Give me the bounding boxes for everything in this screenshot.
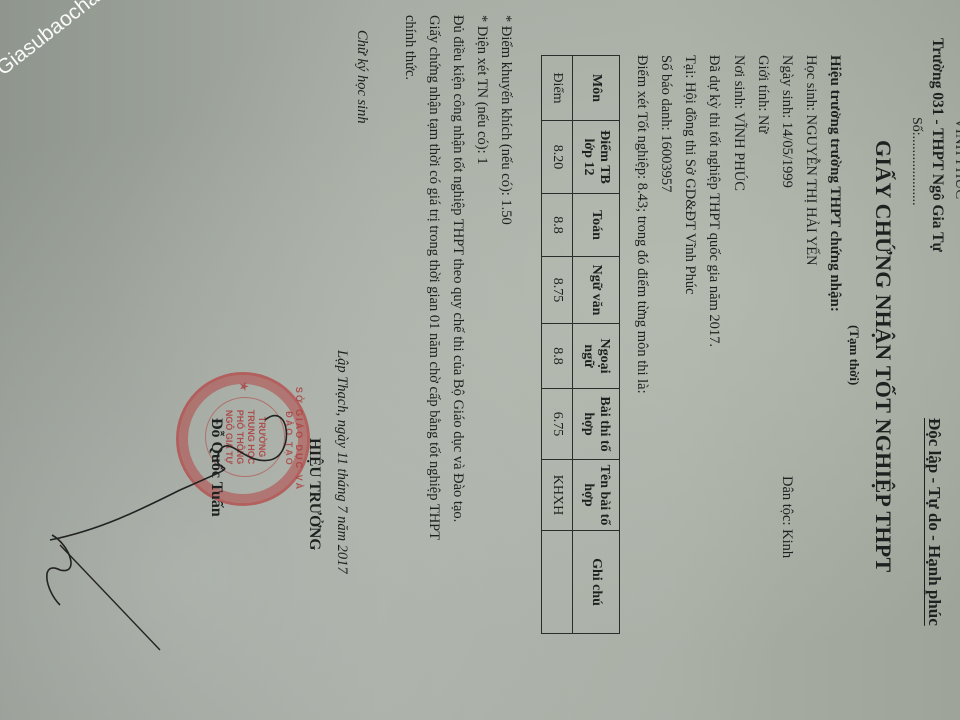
eligibility-statement: Đủ điều kiện công nhận tốt nghiệp THPT t… — [449, 15, 466, 522]
cell-label: Điểm — [542, 56, 573, 121]
exam-statement: Đã dự kỳ thi tốt nghiệp THPT quốc gia nă… — [705, 55, 722, 347]
header-literature: Ngữ văn — [573, 257, 620, 324]
student-signature-label: Chữ ký học sinh — [353, 30, 370, 124]
principal-name: Đỗ Quốc Tuấn — [207, 418, 225, 517]
national-motto: Độc lập - Tự do - Hạnh phúc — [924, 418, 944, 626]
student-ethnicity: Dân tộc: Kinh — [778, 476, 795, 558]
header-foreign-language: Ngoại ngữ — [573, 324, 620, 389]
table-header-row: Môn Điểm TB lớp 12 Toán Ngữ văn Ngoại ng… — [573, 56, 620, 634]
cell-gpa12: 8.20 — [542, 121, 573, 194]
validity-statement-end: chính thức. — [401, 15, 418, 80]
table-row: Điểm 8.20 8.8 8.75 8.8 6.75 KHXH — [542, 56, 573, 634]
header-notes: Ghi chú — [573, 531, 620, 634]
validity-statement: Giấy chứng nhận tạm thời có giá trị tron… — [425, 15, 442, 540]
graduation-category: * Diện xét TN (nếu có): 1 — [473, 15, 490, 165]
header-subject: Môn — [573, 56, 620, 121]
certification-lead: Hiệu trưởng trường THPT chứng nhận: — [826, 55, 843, 312]
candidate-number: Số báo danh: 16003957 — [657, 55, 674, 192]
province-header: VĨNH PHÚC — [951, 118, 960, 199]
student-name: Học sinh: NGUYỄN THỊ HẢI YẾN — [802, 55, 819, 266]
certificate-document: VĨNH PHÚC Trường 031 - THPT Ngô Gia Tự S… — [0, 0, 960, 720]
cell-literature: 8.75 — [542, 257, 573, 324]
cell-foreign-language: 8.8 — [542, 324, 573, 389]
student-dob: Ngày sinh: 14/05/1999 — [778, 55, 795, 188]
school-name: Trường 031 - THPT Ngô Gia Tự — [928, 38, 946, 252]
place-and-date: Lập Thạch, ngày 11 tháng 7 năm 2017 — [333, 350, 350, 574]
student-birthplace: Nơi sinh: VĨNH PHÚC — [730, 55, 747, 191]
document-subtitle: (Tạm thời) — [846, 325, 862, 385]
cell-combined-name: KHXH — [542, 460, 573, 531]
header-combined-test: Bài thi tổ hợp — [573, 389, 620, 460]
principal-signature — [0, 360, 300, 660]
document-title: GIẤY CHỨNG NHẬN TỐT NGHIỆP THPT — [870, 140, 896, 572]
cell-combined-test: 6.75 — [542, 389, 573, 460]
cell-math: 8.8 — [542, 194, 573, 257]
exam-council: Tại: Hội đồng thi Sở GD&ĐT Vĩnh Phúc — [681, 55, 698, 295]
header-gpa12: Điểm TB lớp 12 — [573, 121, 620, 194]
student-gender: Giới tính: Nữ — [754, 55, 771, 133]
total-score-line: Điểm xét Tốt nghiệp: 8.43; trong đó điểm… — [633, 55, 650, 394]
header-combined-name: Tên bài tổ hợp — [573, 460, 620, 531]
document-number: Số:.................... — [908, 117, 924, 206]
scores-table: Môn Điểm TB lớp 12 Toán Ngữ văn Ngoại ng… — [541, 55, 620, 634]
header-math: Toán — [573, 194, 620, 257]
cell-notes — [542, 531, 573, 634]
bonus-points: * Điểm khuyến khích (nếu có): 1.50 — [497, 15, 514, 225]
